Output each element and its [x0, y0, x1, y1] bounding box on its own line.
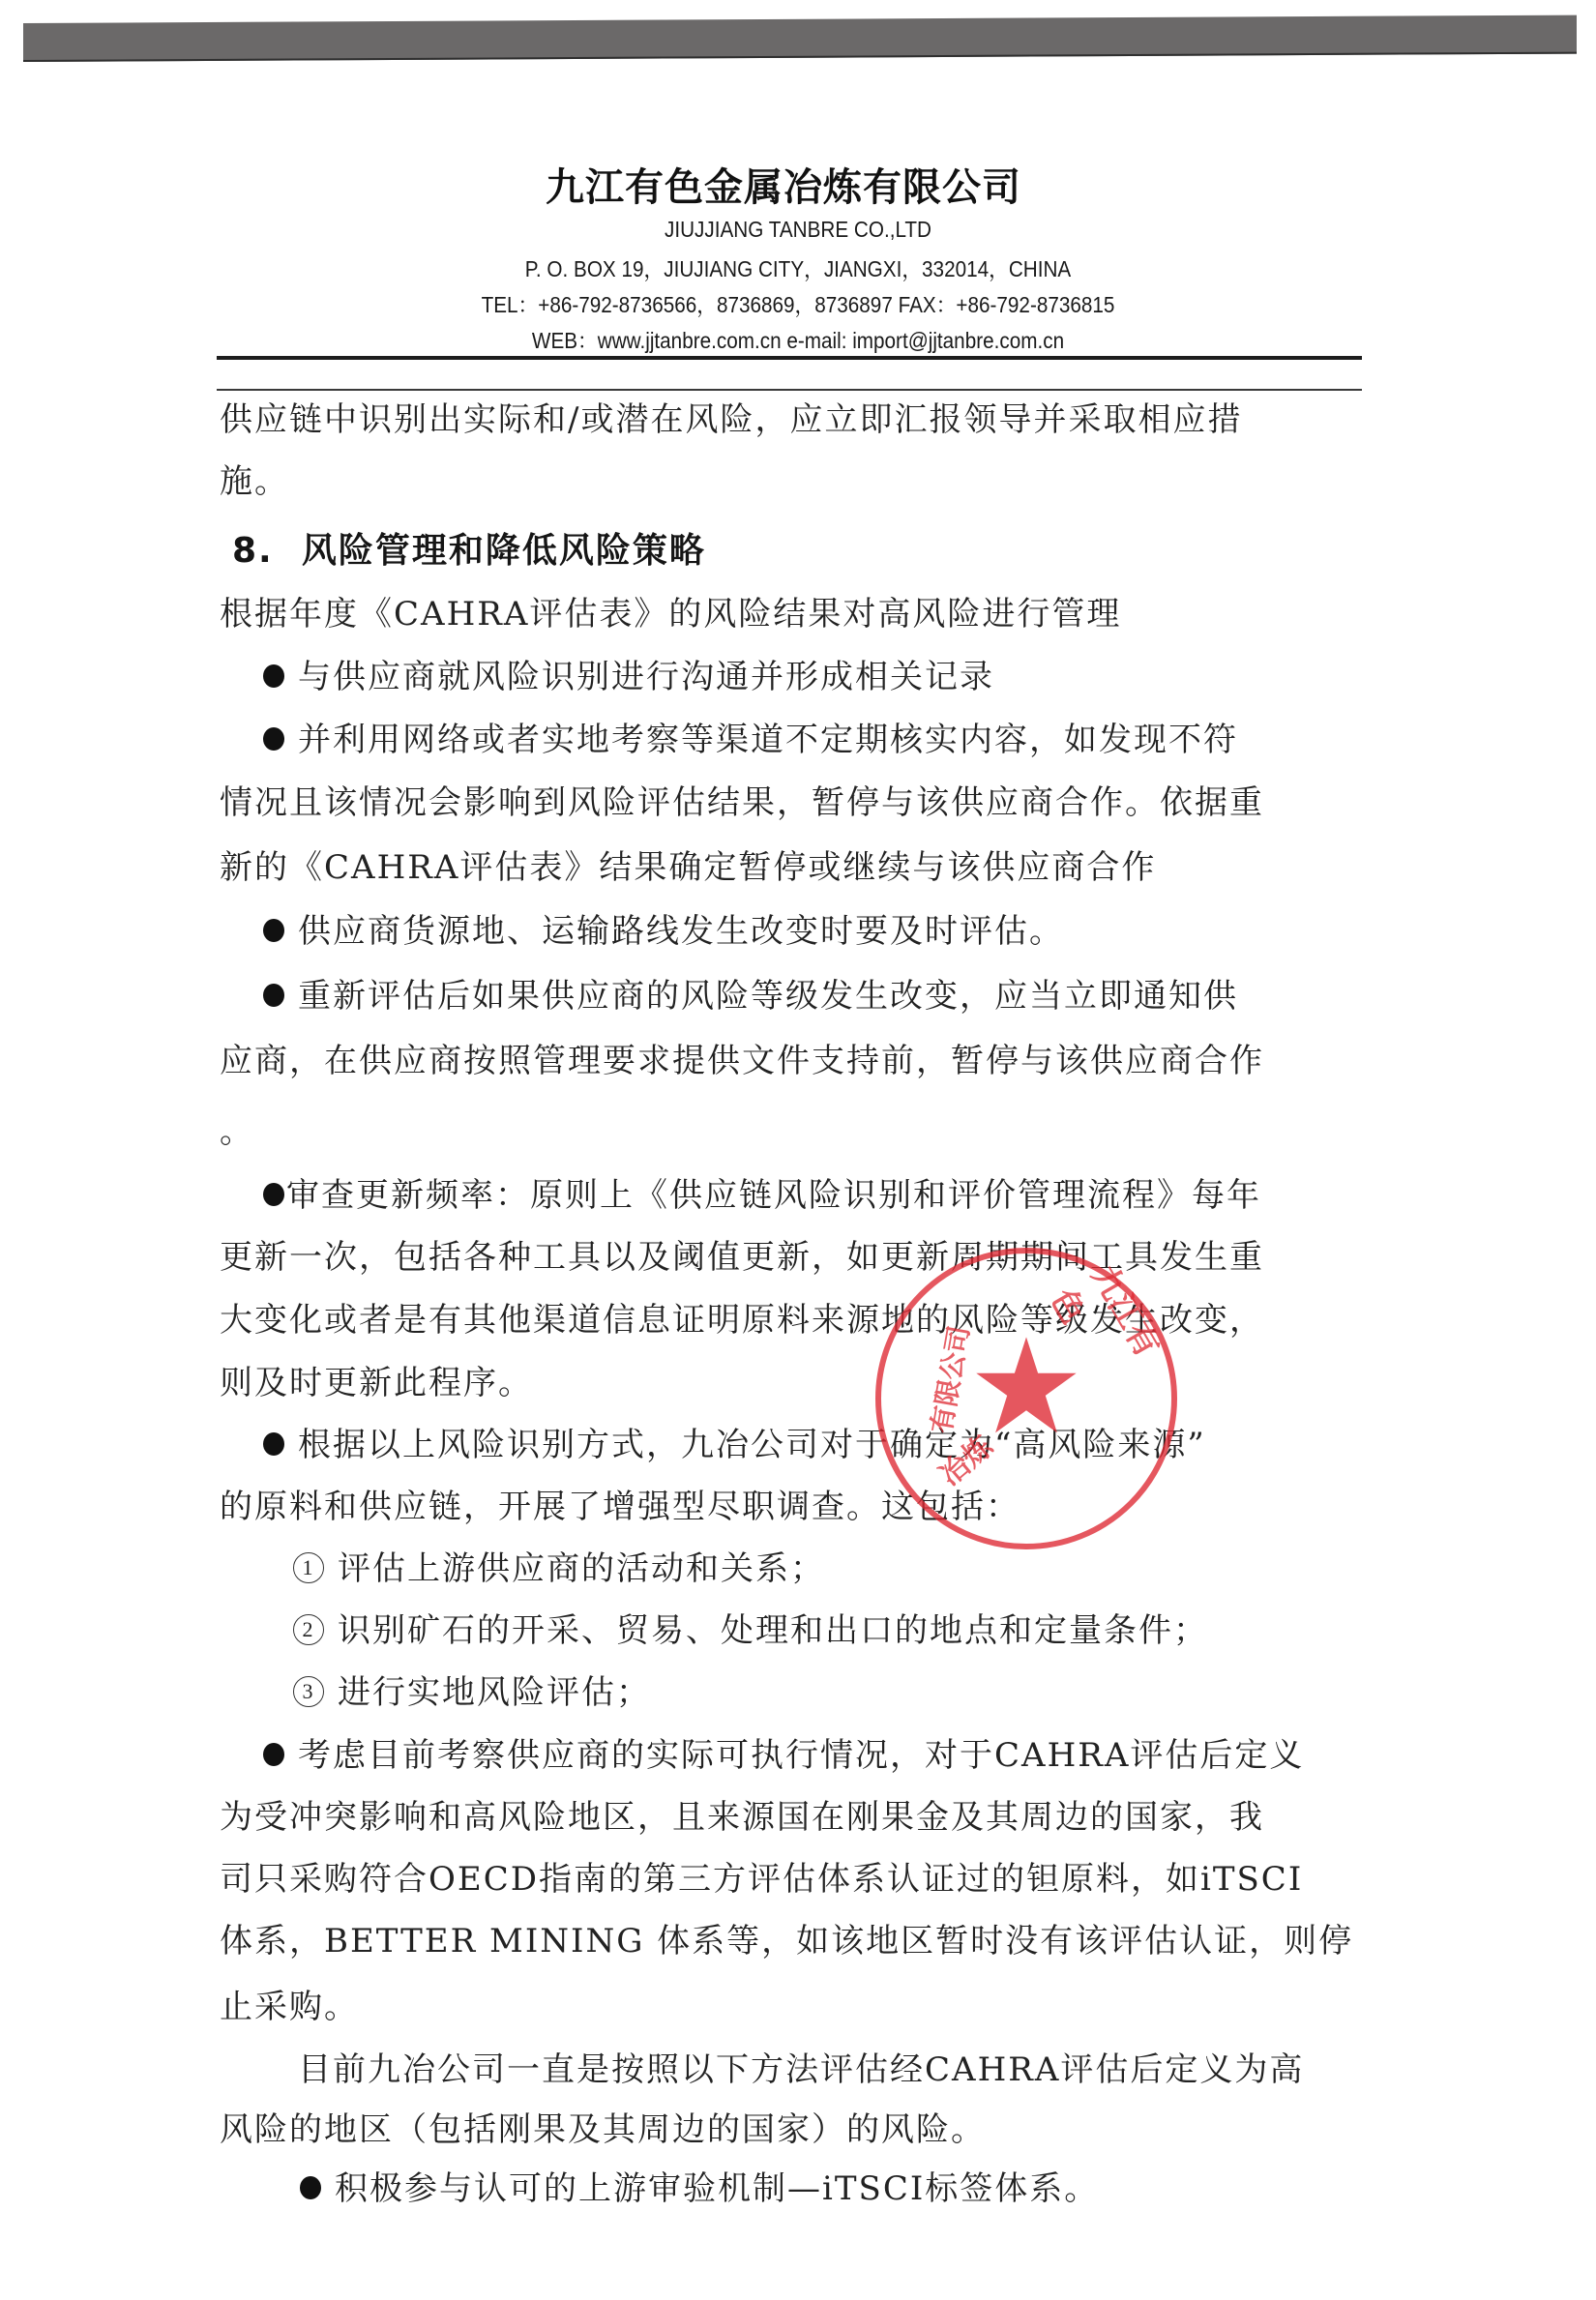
numbered-item: 2识别矿石的开采、贸易、处理和出口的地点和定量条件； [293, 1611, 1208, 1650]
paragraph-line: 大变化或者是有其他渠道信息证明原料来源地的风险等级发生改变， [220, 1301, 1264, 1340]
circled-number: 2 [293, 1614, 324, 1645]
paragraph-line: 司只采购符合OECD指南的第三方评估体系认证过的钽原料，如iTSCI [220, 1860, 1303, 1899]
seal-star-icon [973, 1333, 1079, 1439]
bullet-icon [263, 1432, 284, 1456]
paragraph-line: 体系，BETTER MINING 体系等，如该地区暂时没有该评估认证，则停 [220, 1922, 1353, 1961]
bullet-text: 供应商货源地、运输路线发生改变时要及时评估。 [298, 912, 1064, 951]
section-number: 8. [232, 531, 274, 571]
numbered-item: 3进行实地风险评估； [293, 1673, 651, 1712]
letterhead-rule-thin [217, 389, 1362, 391]
paragraph-line: 目前九冶公司一直是按照以下方法评估经CAHRA评估后定义为高 [298, 2050, 1304, 2089]
bullet-text: 考虑目前考察供应商的实际可执行情况，对于CAHRA评估后定义 [298, 1736, 1304, 1775]
bullet-icon [263, 919, 284, 942]
numbered-text: 识别矿石的开采、贸易、处理和出口的地点和定量条件； [338, 1611, 1208, 1650]
bullet-item: 审查更新频率：原则上《供应链风险识别和评价管理流程》每年 [263, 1176, 1261, 1215]
paragraph-line: 止采购。 [220, 1988, 359, 2026]
company-name-cn: 九江有色金属冶炼有限公司 [0, 157, 1581, 212]
intro-line: 根据年度《CAHRA评估表》的风险结果对高风险进行管理 [220, 595, 1121, 634]
paragraph-line: 供应链中识别出实际和/或潜在风险，应立即汇报领导并采取相应措 [220, 400, 1242, 439]
paragraph-line: 风险的地区（包括刚果及其周边的国家）的风险。 [220, 2110, 986, 2149]
circled-number: 3 [293, 1676, 324, 1707]
bullet-item: 供应商货源地、运输路线发生改变时要及时评估。 [263, 912, 1064, 951]
bullet-item: 考虑目前考察供应商的实际可执行情况，对于CAHRA评估后定义 [263, 1736, 1304, 1775]
paragraph-line: 则及时更新此程序。 [220, 1364, 533, 1402]
scanner-edge-bar [23, 15, 1577, 62]
bullet-icon [263, 727, 284, 751]
company-address: P. O. BOX 19，JIUJIANG CITY，JIANGXI，33201… [80, 251, 1517, 283]
bullet-icon [263, 984, 284, 1007]
numbered-text: 进行实地风险评估； [338, 1673, 651, 1712]
paragraph-line: 更新一次，包括各种工具以及阈值更新，如更新周期期间工具发生重 [220, 1238, 1264, 1277]
bullet-text: 审查更新频率：原则上《供应链风险识别和评价管理流程》每年 [286, 1176, 1261, 1215]
bullet-text: 积极参与认可的上游审验机制—iTSCI标签体系。 [335, 2169, 1099, 2208]
bullet-text: 根据以上风险识别方式，九冶公司对于确定为“高风险来源” [298, 1426, 1206, 1464]
bullet-item: 与供应商就风险识别进行沟通并形成相关记录 [263, 658, 994, 696]
paragraph-line: 施。 [220, 462, 289, 501]
company-name-en: JIUJJIANG TANBRE CO.,LTD [80, 217, 1517, 243]
bullet-icon [263, 664, 284, 688]
section-title: 风险管理和降低风险策略 [302, 531, 706, 571]
bullet-item: 积极参与认可的上游审验机制—iTSCI标签体系。 [300, 2169, 1099, 2208]
paragraph-line: 应商，在供应商按照管理要求提供文件支持前，暂停与该供应商合作 [220, 1042, 1264, 1080]
company-web-email: WEB：www.jjtanbre.com.cn e-mail: import@j… [80, 323, 1517, 355]
bullet-item: 并利用网络或者实地考察等渠道不定期核实内容，如发现不符 [263, 721, 1238, 759]
paragraph-line: 的原料和供应链，开展了增强型尽职调查。这包括： [220, 1488, 1020, 1526]
bullet-item: 重新评估后如果供应商的风险等级发生改变，应当立即通知供 [263, 977, 1238, 1016]
bullet-text: 并利用网络或者实地考察等渠道不定期核实内容，如发现不符 [298, 721, 1238, 759]
circled-number: 1 [293, 1552, 324, 1583]
paragraph-line: 。 [220, 1112, 254, 1151]
bullet-item: 根据以上风险识别方式，九冶公司对于确定为“高风险来源” [263, 1426, 1206, 1464]
bullet-icon [300, 2176, 321, 2199]
letterhead-rule-thick [217, 356, 1362, 360]
paragraph-line: 新的《CAHRA评估表》结果确定暂停或继续与该供应商合作 [220, 848, 1156, 887]
numbered-text: 评估上游供应商的活动和关系； [338, 1549, 825, 1588]
company-phone-fax: TEL：+86-792-8736566，8736869，8736897 FAX：… [80, 287, 1517, 319]
paragraph-line: 为受冲突影响和高风险地区，且来源国在刚果金及其周边的国家，我 [220, 1798, 1264, 1837]
paragraph-line: 情况且该情况会影响到风险评估结果，暂停与该供应商合作。依据重 [220, 783, 1264, 822]
bullet-text: 重新评估后如果供应商的风险等级发生改变，应当立即通知供 [298, 977, 1238, 1016]
bullet-icon [263, 1183, 284, 1206]
bullet-text: 与供应商就风险识别进行沟通并形成相关记录 [298, 658, 994, 696]
numbered-item: 1评估上游供应商的活动和关系； [293, 1549, 825, 1588]
section-heading: 8. 风险管理和降低风险策略 [232, 532, 706, 571]
bullet-icon [263, 1743, 284, 1766]
